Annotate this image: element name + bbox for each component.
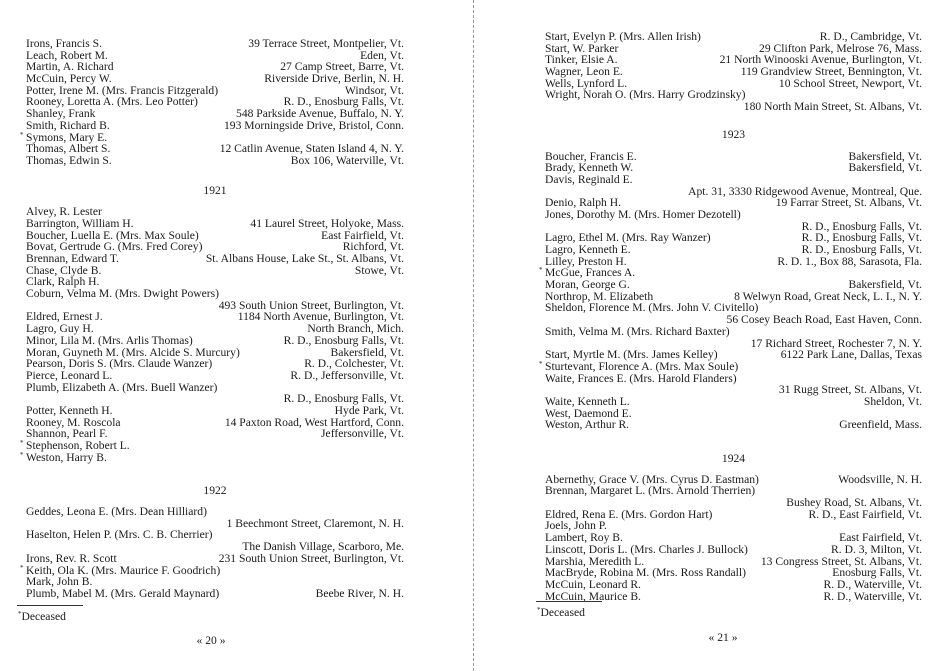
entry-address: St. Albans House, Lake St., St. Albans, … bbox=[206, 253, 404, 265]
entry-address: Bakersfield, Vt. bbox=[848, 279, 922, 291]
entry-address: 6122 Park Lane, Dallas, Texas bbox=[781, 349, 922, 361]
spacer bbox=[545, 431, 922, 453]
entry-name: Davis, Reginald E. bbox=[545, 174, 633, 186]
class-year-heading: 1922 bbox=[26, 485, 404, 497]
entry-address: Stowe, Vt. bbox=[355, 265, 404, 277]
footnote-deceased: *Deceased bbox=[537, 606, 585, 619]
entry-address: 231 South Union Street, Burlington, Vt. bbox=[219, 553, 404, 565]
entry-address: R. D. 1., Box 88, Sarasota, Fla. bbox=[777, 256, 922, 268]
directory-entry: Start, Evelyn P. (Mrs. Allen Irish)R. D.… bbox=[545, 31, 922, 43]
entry-address: R. D., Cambridge, Vt. bbox=[820, 31, 922, 43]
entry-address: 19 Farrar Street, St. Albans, Vt. bbox=[776, 197, 922, 209]
entry-name: McCuin, Leonard R. bbox=[545, 579, 641, 591]
page-number: « 21 » bbox=[698, 631, 748, 644]
entry-name: Smith, Velma M. (Mrs. Richard Baxter) bbox=[545, 326, 730, 338]
deceased-asterisk-icon: * bbox=[20, 130, 24, 142]
deceased-asterisk-icon: * bbox=[539, 359, 543, 371]
entry-address: R. D., Waterville, Vt. bbox=[824, 579, 922, 591]
entry-name: Waite, Kenneth L. bbox=[545, 396, 630, 408]
directory-entry: Geddes, Leona E. (Mrs. Dean Hilliard) bbox=[26, 506, 404, 518]
directory-entry: Davis, Reginald E. bbox=[545, 174, 922, 186]
directory-entry: Smith, Velma M. (Mrs. Richard Baxter) bbox=[545, 326, 922, 338]
entry-name: Weston, Arthur R. bbox=[545, 419, 629, 431]
spacer bbox=[26, 463, 404, 485]
entry-address: Woodsville, N. H. bbox=[838, 474, 922, 486]
class-year-heading: 1921 bbox=[26, 185, 404, 197]
entry-name: Wright, Norah O. (Mrs. Harry Grodzinsky) bbox=[545, 89, 745, 101]
entry-name: Moran, George G. bbox=[545, 279, 630, 291]
entry-name: Potter, Kenneth H. bbox=[26, 405, 112, 417]
class-year-heading: 1923 bbox=[545, 129, 922, 141]
directory-entry: Linscott, Doris L. (Mrs. Charles J. Bull… bbox=[545, 544, 922, 556]
deceased-asterisk-icon: * bbox=[20, 450, 24, 462]
directory-entry: McCuin, Percy W.Riverside Drive, Berlin,… bbox=[26, 73, 404, 85]
directory-entry: Plumb, Mabel M. (Mrs. Gerald Maynard)Bee… bbox=[26, 588, 404, 600]
entry-address: Beebe River, N. H. bbox=[316, 588, 404, 600]
directory-entry: Barrington, William H.41 Laurel Street, … bbox=[26, 218, 404, 230]
entry-name: Irons, Francis S. bbox=[26, 38, 102, 50]
left-page-column: Irons, Francis S.39 Terrace Street, Mont… bbox=[26, 0, 404, 600]
entry-name: Jones, Dorothy M. (Mrs. Homer Dezotell) bbox=[545, 209, 741, 221]
entry-name: Minor, Lila M. (Mrs. Arlis Thomas) bbox=[26, 335, 193, 347]
page-number: « 20 » bbox=[186, 634, 236, 647]
entry-name: McCuin, Percy W. bbox=[26, 73, 112, 85]
footnote-text: Deceased bbox=[22, 610, 66, 623]
entry-address: R. D., East Fairfield, Vt. bbox=[809, 509, 922, 521]
directory-entry: Pierce, Leonard L.R. D., Jeffersonville,… bbox=[26, 370, 404, 382]
page-21: Start, Evelyn P. (Mrs. Allen Irish)R. D.… bbox=[474, 0, 945, 671]
directory-entry: *Sturtevant, Florence A. (Mrs. Max Soule… bbox=[545, 361, 922, 373]
entry-name: Waite, Frances E. (Mrs. Harold Flanders) bbox=[545, 373, 737, 385]
entry-name: Irons, Rev. R. Scott bbox=[26, 553, 117, 565]
entry-address: 56 Cosey Beach Road, East Haven, Conn. bbox=[727, 314, 922, 326]
footnote-text: Deceased bbox=[541, 606, 585, 619]
class-year-heading: 1924 bbox=[545, 453, 922, 465]
entry-address: R. D., Enosburg Falls, Vt. bbox=[284, 335, 404, 347]
entry-name: Plumb, Elizabeth A. (Mrs. Buell Wanzer) bbox=[26, 382, 217, 394]
entry-name: Lagro, Kenneth E. bbox=[545, 244, 631, 256]
directory-entry: Minor, Lila M. (Mrs. Arlis Thomas)R. D.,… bbox=[26, 335, 404, 347]
entry-address: R. D., Jeffersonville, Vt. bbox=[290, 370, 404, 382]
entry-address: Jeffersonville, Vt. bbox=[321, 428, 404, 440]
entry-name: Haselton, Helen P. (Mrs. C. B. Cherrier) bbox=[26, 529, 212, 541]
entry-name: Weston, Harry B. bbox=[26, 452, 107, 464]
directory-entry: Coburn, Velma M. (Mrs. Dwight Powers) bbox=[26, 288, 404, 300]
entry-address: 41 Laurel Street, Holyoke, Mass. bbox=[250, 218, 404, 230]
directory-entry: Wagner, Leon E.119 Grandview Street, Ben… bbox=[545, 66, 922, 78]
entry-address: 1 Beechmont Street, Claremont, N. H. bbox=[227, 518, 404, 530]
entry-address-line: Bushey Road, St. Albans, Vt. bbox=[545, 497, 922, 509]
entry-name: Brennan, Margaret L. (Mrs. Arnold Therri… bbox=[545, 485, 755, 497]
directory-entry: Smith, Richard B.193 Morningside Drive, … bbox=[26, 120, 404, 132]
spacer bbox=[545, 113, 922, 129]
entry-address: R. D., Enosburg Falls, Vt. bbox=[802, 244, 922, 256]
entry-address: Bushey Road, St. Albans, Vt. bbox=[786, 497, 922, 509]
directory-entry: Waite, Kenneth L.Sheldon, Vt. bbox=[545, 396, 922, 408]
spacer bbox=[545, 0, 922, 31]
entry-name: Barrington, William H. bbox=[26, 218, 134, 230]
directory-entry: Irons, Francis S.39 Terrace Street, Mont… bbox=[26, 38, 404, 50]
entry-address: Bakersfield, Vt. bbox=[848, 162, 922, 174]
deceased-asterisk-icon: * bbox=[20, 563, 24, 575]
entry-address: Riverside Drive, Berlin, N. H. bbox=[264, 73, 404, 85]
entry-name: Thomas, Edwin S. bbox=[26, 155, 112, 167]
page-20: Irons, Francis S.39 Terrace Street, Mont… bbox=[0, 0, 472, 671]
entry-name: Stephenson, Robert L. bbox=[26, 440, 130, 452]
right-page-column: Start, Evelyn P. (Mrs. Allen Irish)R. D.… bbox=[545, 0, 922, 602]
spacer bbox=[26, 167, 404, 185]
entry-address: Hyde Park, Vt. bbox=[335, 405, 404, 417]
book-spread: Irons, Francis S.39 Terrace Street, Mont… bbox=[0, 0, 945, 671]
entry-address: 39 Terrace Street, Montpelier, Vt. bbox=[248, 38, 404, 50]
entry-name: Coburn, Velma M. (Mrs. Dwight Powers) bbox=[26, 288, 219, 300]
directory-entry: McCuin, Leonard R.R. D., Waterville, Vt. bbox=[545, 579, 922, 591]
directory-entry: Thomas, Edwin S.Box 106, Waterville, Vt. bbox=[26, 155, 404, 167]
deceased-asterisk-icon: * bbox=[20, 438, 24, 450]
directory-entry: *Weston, Harry B. bbox=[26, 452, 404, 464]
spacer bbox=[545, 141, 922, 151]
entry-name: Plumb, Mabel M. (Mrs. Gerald Maynard) bbox=[26, 588, 219, 600]
spacer bbox=[26, 0, 404, 38]
entry-address: 193 Morningside Drive, Bristol, Conn. bbox=[224, 120, 404, 132]
directory-entry: Potter, Kenneth H.Hyde Park, Vt. bbox=[26, 405, 404, 417]
entry-address-line: 180 North Main Street, St. Albans, Vt. bbox=[545, 101, 922, 113]
entry-address: Sheldon, Vt. bbox=[864, 396, 922, 408]
directory-entry: Lagro, Kenneth E.R. D., Enosburg Falls, … bbox=[545, 244, 922, 256]
entry-address: Box 106, Waterville, Vt. bbox=[291, 155, 404, 167]
entry-name: Wagner, Leon E. bbox=[545, 66, 623, 78]
entry-address: 119 Grandview Street, Bennington, Vt. bbox=[741, 66, 922, 78]
entry-name: Linscott, Doris L. (Mrs. Charles J. Bull… bbox=[545, 544, 748, 556]
entry-name: Brennan, Edward T. bbox=[26, 253, 119, 265]
entry-address: 10 School Street, Newport, Vt. bbox=[779, 78, 922, 90]
directory-entry: Weston, Arthur R.Greenfield, Mass. bbox=[545, 419, 922, 431]
entry-name: Geddes, Leona E. (Mrs. Dean Hilliard) bbox=[26, 506, 207, 518]
directory-entry: Irons, Rev. R. Scott231 South Union Stre… bbox=[26, 553, 404, 565]
entry-name: Start, Evelyn P. (Mrs. Allen Irish) bbox=[545, 31, 701, 43]
directory-entry: Moran, George G.Bakersfield, Vt. bbox=[545, 279, 922, 291]
entry-address: R. D., Waterville, Vt. bbox=[824, 591, 922, 603]
entry-address: 180 North Main Street, St. Albans, Vt. bbox=[744, 101, 922, 113]
footnote-rule bbox=[17, 605, 83, 606]
directory-entry: Jones, Dorothy M. (Mrs. Homer Dezotell) bbox=[545, 209, 922, 221]
entry-address: R. D. 3, Milton, Vt. bbox=[831, 544, 922, 556]
entry-name: Sturtevant, Florence A. (Mrs. Max Soule) bbox=[545, 361, 738, 373]
directory-entry: *Stephenson, Robert L. bbox=[26, 440, 404, 452]
directory-entry: Brennan, Edward T.St. Albans House, Lake… bbox=[26, 253, 404, 265]
entry-name: Pierce, Leonard L. bbox=[26, 370, 112, 382]
entry-address: Greenfield, Mass. bbox=[839, 419, 922, 431]
entry-address: 8 Welwyn Road, Great Neck, L. I., N. Y. bbox=[734, 291, 922, 303]
footnote-deceased: *Deceased bbox=[18, 610, 66, 623]
entry-name: Smith, Richard B. bbox=[26, 120, 110, 132]
footnote-rule bbox=[536, 601, 602, 602]
deceased-asterisk-icon: * bbox=[539, 265, 543, 277]
